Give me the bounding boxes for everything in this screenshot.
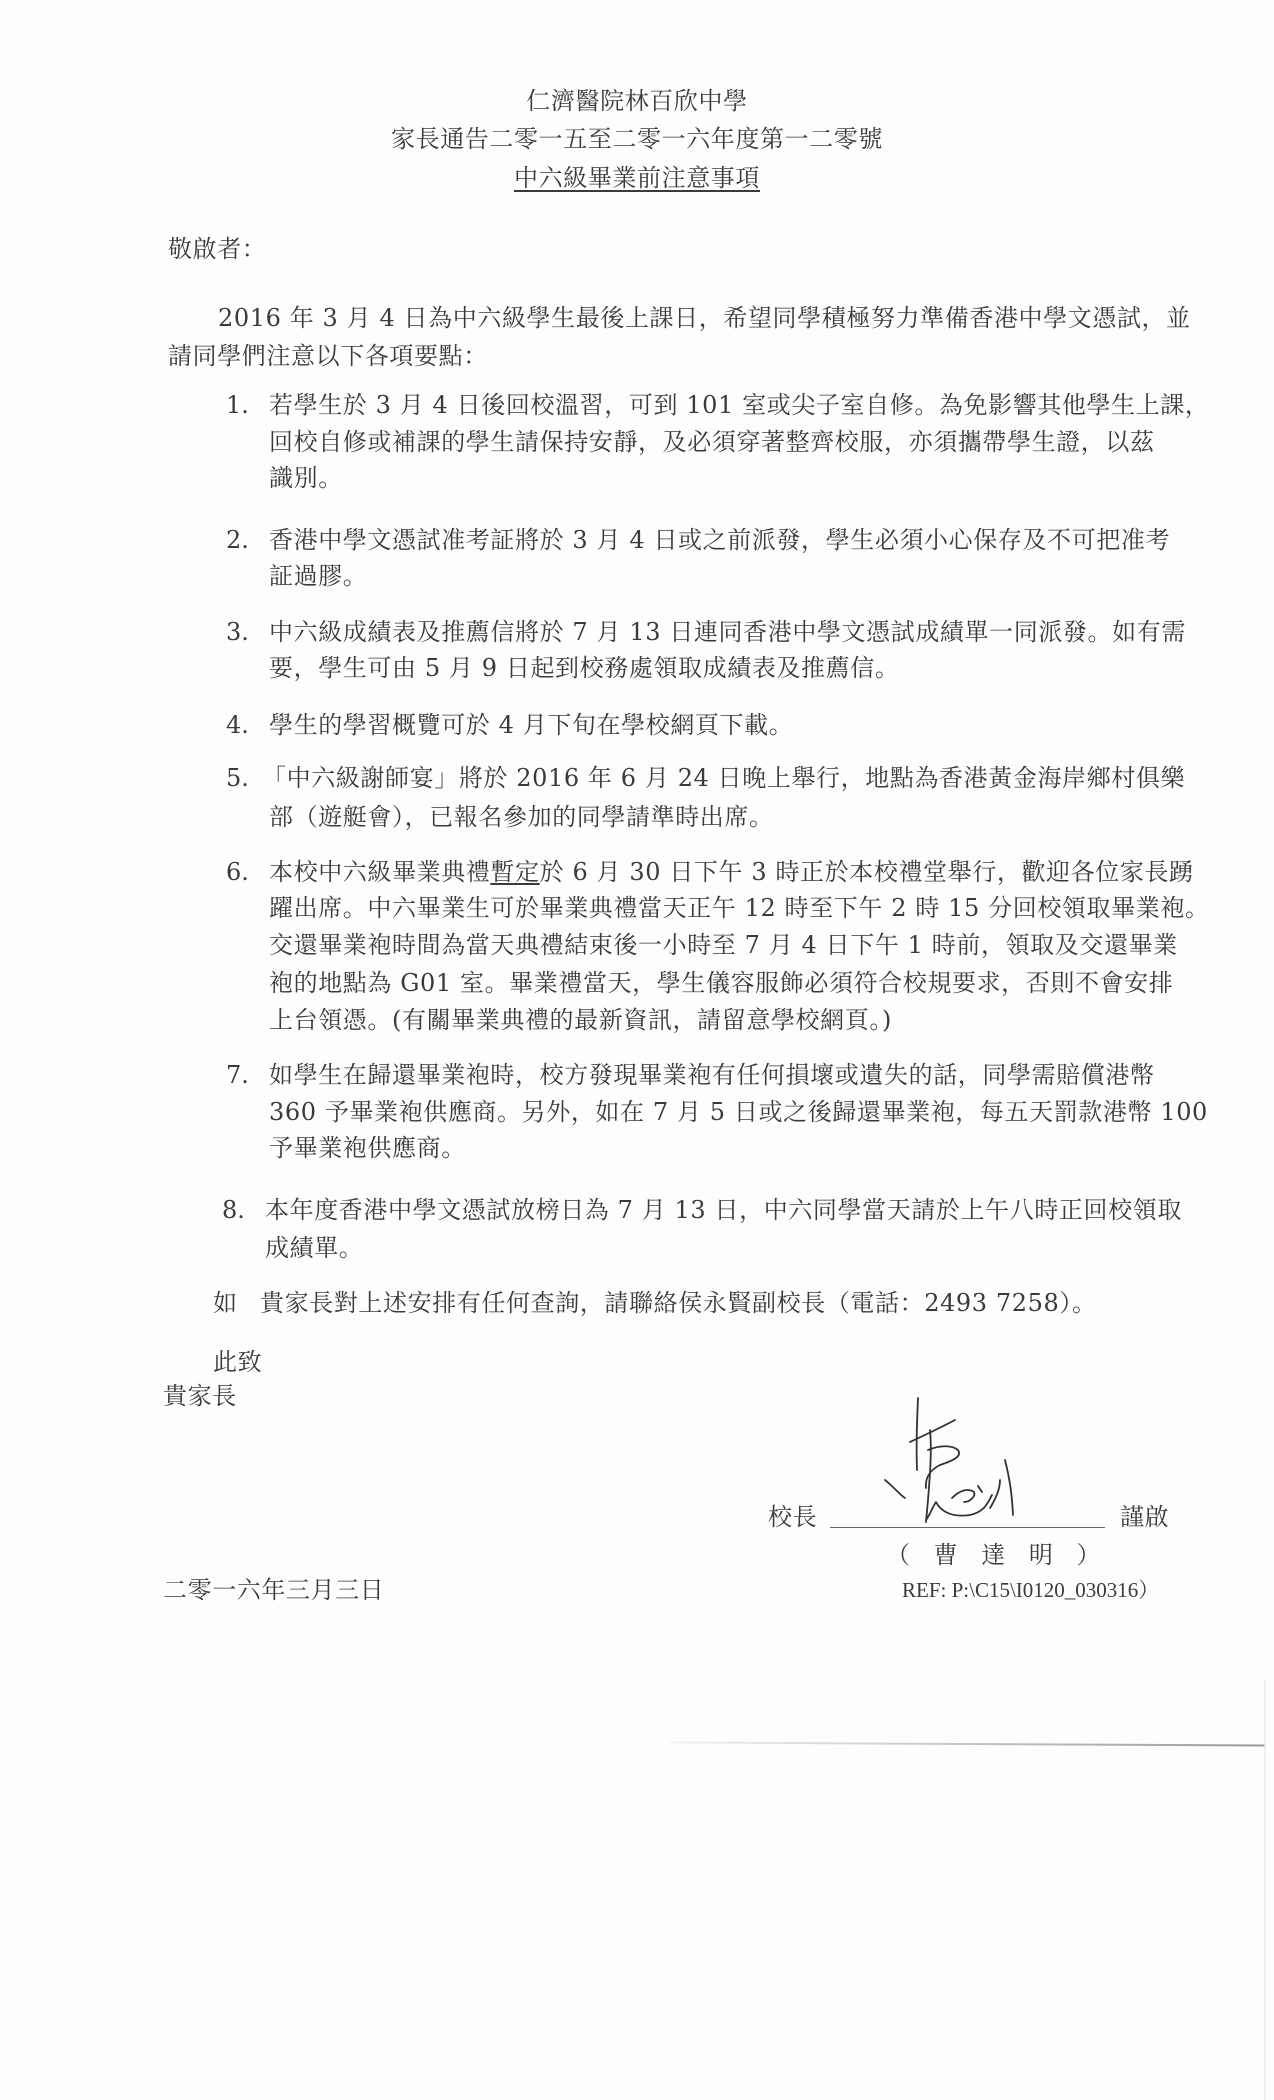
notice-page: 仁濟醫院林百欣中學 家長通告二零一五至二零一六年度第一二零號 中六級畢業前注意事…: [0, 0, 1274, 2100]
handwritten-signature-icon: [870, 1390, 1070, 1530]
item-line: 予畢業袍供應商。: [269, 1133, 466, 1163]
item-line: 本年度香港中學文憑試放榜日為 7 月 13 日，中六同學當天請於上午八時正回校領…: [265, 1195, 1182, 1225]
item-line: 交還畢業袍時間為當天典禮結束後一小時至 7 月 4 日下午 1 時前，領取及交還…: [269, 930, 1178, 960]
item-line: 証過膠。: [269, 561, 367, 591]
item-number: 7.: [226, 1060, 249, 1090]
enquiry-text: 貴家長對上述安排有任何查詢，請聯絡侯永賢副校長（電話：2493 7258）。: [260, 1288, 1097, 1318]
item-number: 6.: [226, 857, 249, 887]
item-line: 袍的地點為 G01 室。畢業禮當天，學生儀容服飾必須符合校規要求，否則不會安排: [269, 968, 1173, 998]
item-number: 3.: [226, 617, 249, 647]
closing-line-1: 此致: [213, 1347, 262, 1377]
item-line: 部（遊艇會），已報名參加的同學請準時出席。: [269, 802, 774, 832]
signature-suffix: 謹啟: [1120, 1502, 1169, 1532]
item-number: 2.: [226, 525, 249, 555]
notice-date: 二零一六年三月三日: [163, 1575, 384, 1605]
reference-code: REF: P:\C15\I0120_030316）: [902, 1575, 1159, 1605]
item-line: 若學生於 3 月 4 日後回校溫習，可到 101 室或尖子室自修。為免影響其他學…: [269, 390, 1210, 420]
scan-right-edge: [1264, 1680, 1266, 2100]
item-line: 360 予畢業袍供應商。另外，如在 7 月 5 日或之後歸還畢業袍，每五天罰款港…: [269, 1097, 1208, 1127]
signature-title: 校長: [768, 1502, 817, 1532]
item-line: 「中六級謝師宴」將於 2016 年 6 月 24 日晚上舉行，地點為香港黃金海岸…: [262, 763, 1185, 793]
intro-line-1: 2016 年 3 月 4 日為中六級學生最後上課日，希望同學積極努力準備香港中學…: [218, 303, 1191, 333]
closing-line-2: 貴家長: [163, 1381, 237, 1411]
scan-edge-line: [670, 1741, 1265, 1746]
enquiry-prefix: 如: [213, 1288, 238, 1318]
item-line: 上台領憑。(有關畢業典禮的最新資訊，請留意學校網頁。): [269, 1005, 892, 1035]
item-line: 躍出席。中六畢業生可於畢業典禮當天正午 12 時至下午 2 時 15 分回校領取…: [269, 893, 1210, 923]
school-name: 仁濟醫院林百欣中學: [0, 86, 1274, 116]
item-line: 本校中六級畢業典禮暫定於 6 月 30 日下午 3 時正於本校禮堂舉行，歡迎各位…: [269, 857, 1194, 887]
item-line: 要，學生可由 5 月 9 日起到校務處領取成績表及推薦信。: [269, 653, 899, 683]
item-number: 5.: [226, 763, 249, 793]
principal-name: （ 曹 達 明 ）: [886, 1540, 1109, 1570]
salutation: 敬啟者：: [168, 234, 266, 264]
item-line-part: 本校中六級畢業典禮: [269, 858, 490, 886]
subject-title: 中六級畢業前注意事項: [514, 164, 760, 192]
notice-number: 家長通告二零一五至二零一六年度第一二零號: [0, 124, 1274, 154]
signature-line: [830, 1527, 1105, 1528]
tentative-underlined: 暫定: [490, 858, 539, 886]
item-line: 學生的學習概覽可於 4 月下旬在學校網頁下載。: [269, 710, 793, 740]
item-number: 4.: [226, 710, 249, 740]
item-number: 1.: [226, 390, 249, 420]
item-line: 回校自修或補課的學生請保持安靜，及必須穿著整齊校服，亦須攜帶學生證，以茲: [269, 427, 1155, 457]
item-line: 香港中學文憑試准考証將於 3 月 4 日或之前派發，學生必須小心保存及不可把准考: [269, 525, 1170, 555]
item-line: 識別。: [269, 463, 343, 493]
item-number: 8.: [222, 1195, 245, 1225]
item-line: 如學生在歸還畢業袍時，校方發現畢業袍有任何損壞或遺失的話，同學需賠償港幣: [269, 1060, 1155, 1090]
notice-subject: 中六級畢業前注意事項: [0, 163, 1274, 193]
item-line: 中六級成績表及推薦信將於 7 月 13 日連同香港中學文憑試成績單一同派發。如有…: [269, 617, 1186, 647]
item-line-part: 於 6 月 30 日下午 3 時正於本校禮堂舉行，歡迎各位家長踴: [540, 858, 1194, 886]
intro-line-2: 請同學們注意以下各項要點：: [168, 341, 488, 371]
item-line: 成績單。: [265, 1233, 363, 1263]
